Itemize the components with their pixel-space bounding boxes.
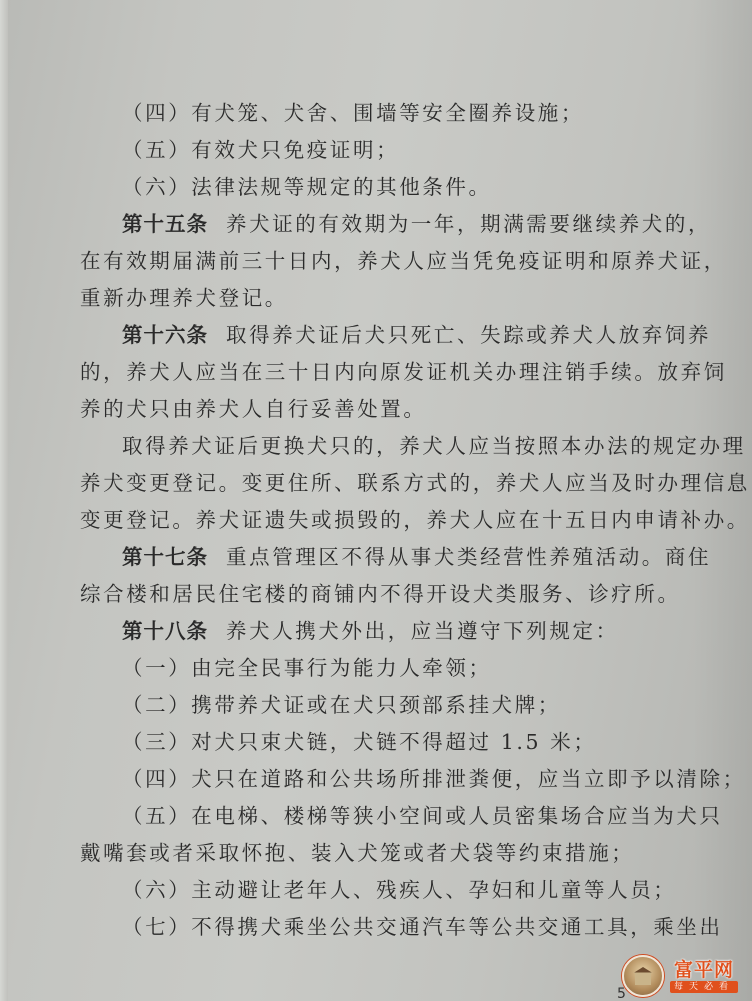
doc-line: （四）有犬笼、犬舍、围墙等安全圈养设施； (80, 95, 670, 132)
watermark-title: 富平网 (674, 959, 734, 981)
doc-line: 变更登记。养犬证遗失或损毁的，养犬人应在十五日内申请补办。 (80, 502, 670, 539)
watermark-subtitle: 每天必看 (670, 981, 738, 993)
doc-line: 养的犬只由养犬人自行妥善处置。 (80, 391, 670, 428)
doc-line: 养犬变更登记。变更住所、联系方式的，养犬人应当及时办理信息 (80, 465, 670, 502)
doc-line: （六）主动避让老年人、残疾人、孕妇和儿童等人员； (80, 872, 670, 909)
article-heading: 第十七条 (122, 545, 208, 569)
document-body: （四）有犬笼、犬舍、围墙等安全圈养设施； （五）有效犬只免疫证明； （六）法律法… (80, 95, 670, 946)
doc-line: （七）不得携犬乘坐公共交通汽车等公共交通工具，乘坐出 (80, 909, 670, 946)
doc-line: （六）法律法规等规定的其他条件。 (80, 169, 670, 206)
article-15: 第十五条养犬证的有效期为一年，期满需要继续养犬的， (80, 206, 670, 243)
watermark-text: 富平网 每天必看 (670, 959, 738, 993)
doc-line: 重新办理养犬登记。 (80, 280, 670, 317)
page-edge (0, 0, 8, 1001)
doc-line: 在有效期届满前三十日内，养犬人应当凭免疫证明和原养犬证， (80, 243, 670, 280)
doc-line: 综合楼和居民住宅楼的商铺内不得开设犬类服务、诊疗所。 (80, 576, 670, 613)
doc-line: （四）犬只在道路和公共场所排泄粪便，应当立即予以清除； (80, 761, 670, 798)
tower-logo-icon (622, 955, 664, 997)
doc-line: 的，养犬人应当在三十日内向原发证机关办理注销手续。放弃饲 (80, 354, 670, 391)
article-17: 第十七条重点管理区不得从事犬类经营性养殖活动。商住 (80, 539, 670, 576)
article-18: 第十八条养犬人携犬外出，应当遵守下列规定： (80, 613, 670, 650)
doc-line: （五）有效犬只免疫证明； (80, 132, 670, 169)
doc-line: （二）携带养犬证或在犬只颈部系挂犬牌； (80, 687, 670, 724)
doc-line: （一）由完全民事行为能力人牵领； (80, 650, 670, 687)
article-heading: 第十八条 (122, 619, 208, 643)
article-heading: 第十五条 (122, 212, 208, 236)
doc-line: （五）在电梯、楼梯等狭小空间或人员密集场合应当为犬只 (80, 798, 670, 835)
doc-paragraph: 取得养犬证后更换犬只的，养犬人应当按照本办法的规定办理 (80, 428, 670, 465)
article-heading: 第十六条 (122, 323, 208, 347)
doc-line: 戴嘴套或者采取怀抱、装入犬笼或者犬袋等约束措施； (80, 835, 670, 872)
page-shadow (692, 0, 752, 1001)
doc-line: （三）对犬只束犬链，犬链不得超过 1.5 米； (80, 724, 670, 761)
watermark: 富平网 每天必看 (622, 955, 747, 997)
article-16: 第十六条取得养犬证后犬只死亡、失踪或养犬人放弃饲养 (80, 317, 670, 354)
